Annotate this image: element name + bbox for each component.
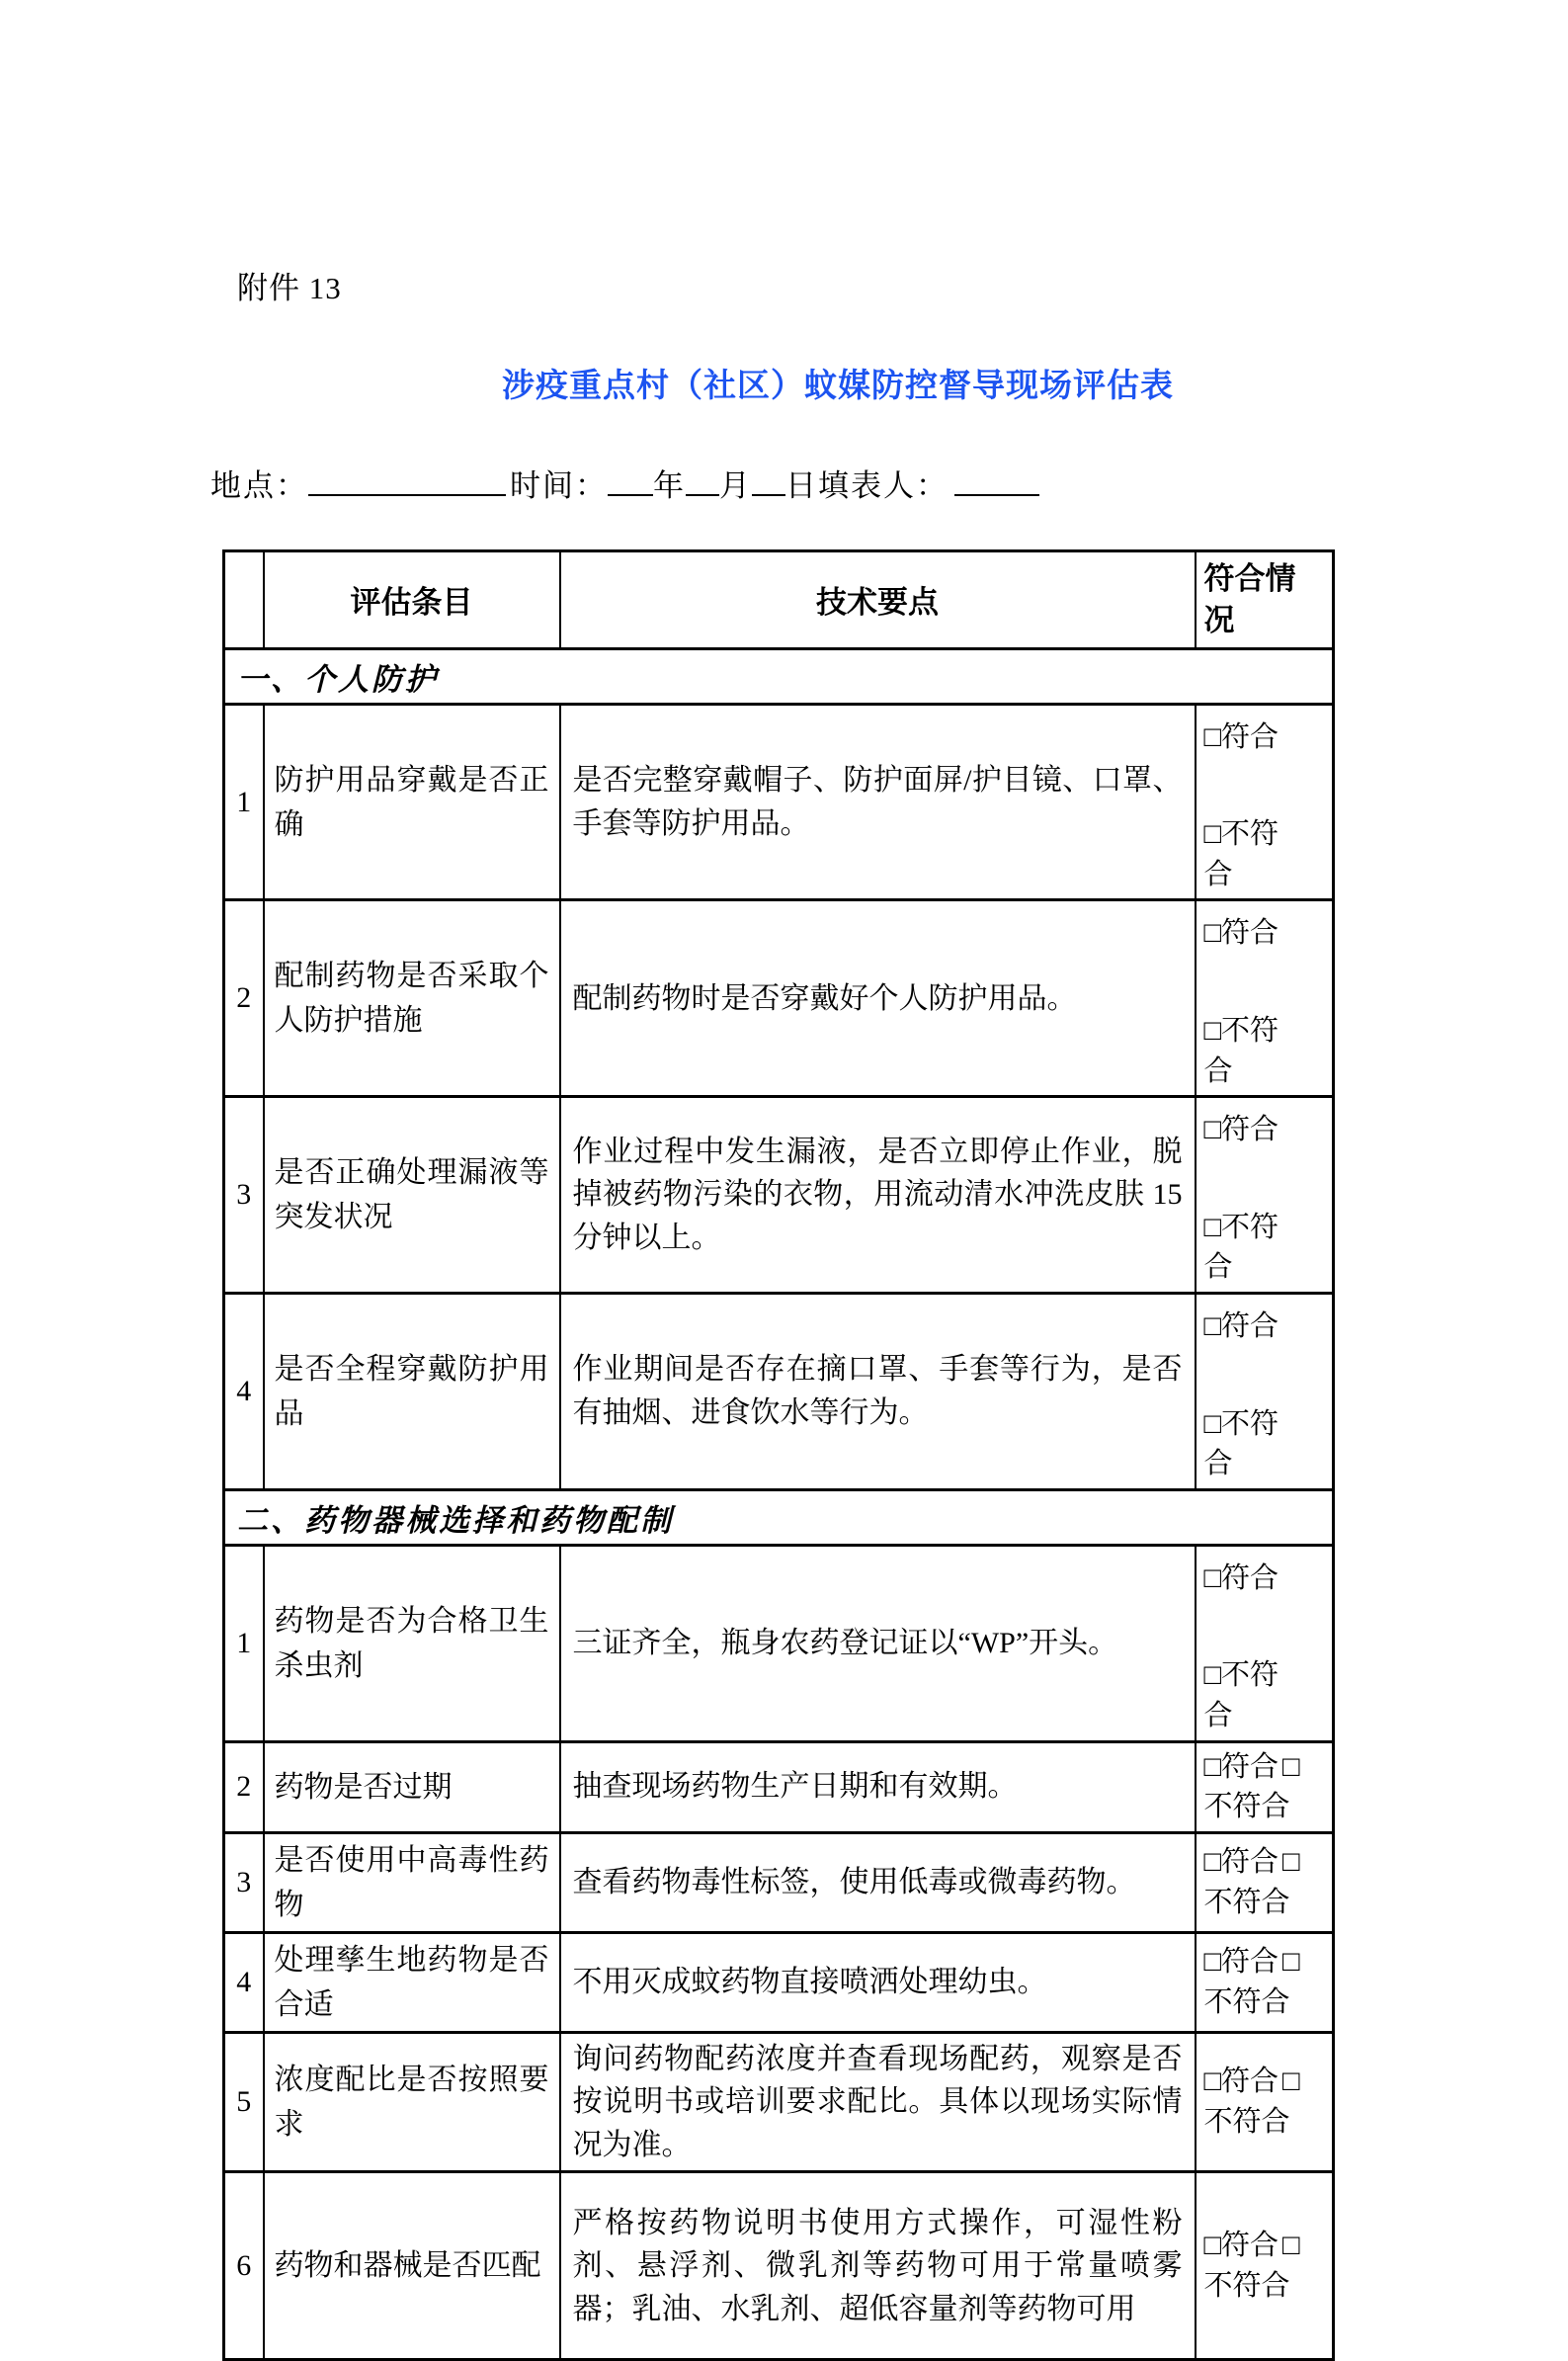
compliance-option-yes[interactable]: □符合 xyxy=(1204,1946,1279,1978)
compliance-cell: □符合 □不符合 xyxy=(1196,1294,1334,1490)
attachment-label: 附件 13 xyxy=(237,263,342,307)
row-number: 4 xyxy=(224,1932,264,2032)
evaluation-item: 药物是否为合格卫生杀虫剂 xyxy=(264,1545,560,1741)
compliance-option-yes[interactable]: □符合 xyxy=(1204,913,1329,954)
table-row: 2 药物是否过期 抽查现场药物生产日期和有效期。 □符合□不符合 xyxy=(224,1741,1334,1832)
table-row: 1 药物是否为合格卫生杀虫剂 三证齐全，瓶身农药登记证以“WP”开头。 □符合 … xyxy=(224,1545,1334,1741)
compliance-option-yes[interactable]: □符合 xyxy=(1204,1751,1279,1783)
evaluation-item: 配制药物是否采取个人防护措施 xyxy=(264,900,560,1097)
compliance-cell: □符合 □不符合 xyxy=(1196,1545,1334,1741)
row-number: 1 xyxy=(224,704,264,900)
header-evaluation-item: 评估条目 xyxy=(264,551,560,649)
technical-point: 不用灭成蚊药物直接喷洒处理幼虫。 xyxy=(560,1932,1196,2032)
technical-point: 是否完整穿戴帽子、防护面屏/护目镜、口罩、手套等防护用品。 xyxy=(560,704,1196,900)
compliance-cell: □符合□不符合 xyxy=(1196,2172,1334,2360)
row-number: 3 xyxy=(224,1097,264,1294)
evaluation-item: 药物是否过期 xyxy=(264,1741,560,1832)
technical-point: 配制药物时是否穿戴好个人防护用品。 xyxy=(560,900,1196,1097)
filler-blank[interactable] xyxy=(954,465,1039,496)
table-row: 3 是否使用中高毒性药物 查看药物毒性标签，使用低毒或微毒药物。 □符合□不符合 xyxy=(224,1832,1334,1932)
evaluation-item: 浓度配比是否按照要求 xyxy=(264,2032,560,2172)
table-row: 2 配制药物是否采取个人防护措施 配制药物时是否穿戴好个人防护用品。 □符合 □… xyxy=(224,900,1334,1097)
filler-label: 填表人： xyxy=(818,468,949,503)
table-row: 4 是否全程穿戴防护用品 作业期间是否存在摘口罩、手套等行为，是否有抽烟、进食饮… xyxy=(224,1294,1334,1490)
header-index xyxy=(224,551,264,649)
table-row: 1 防护用品穿戴是否正确 是否完整穿戴帽子、防护面屏/护目镜、口罩、手套等防护用… xyxy=(224,704,1334,900)
compliance-option-yes[interactable]: □符合 xyxy=(1204,1110,1329,1150)
page-title: 涉疫重点村（社区）蚊媒防控督导现场评估表 xyxy=(210,360,1357,406)
compliance-option-yes[interactable]: □符合 xyxy=(1204,1846,1279,1878)
day-label: 日 xyxy=(785,468,818,503)
row-number: 5 xyxy=(224,2032,264,2172)
row-number: 1 xyxy=(224,1545,264,1741)
technical-point: 作业期间是否存在摘口罩、手套等行为，是否有抽烟、进食饮水等行为。 xyxy=(560,1294,1196,1490)
row-number: 2 xyxy=(224,900,264,1097)
table-row: 5 浓度配比是否按照要求 询问药物配药浓度并查看现场配药，观察是否按说明书或培训… xyxy=(224,2032,1334,2172)
evaluation-item: 是否使用中高毒性药物 xyxy=(264,1832,560,1932)
day-blank[interactable] xyxy=(752,465,785,496)
year-blank[interactable] xyxy=(608,465,653,496)
compliance-cell: □符合 □不符合 xyxy=(1196,900,1334,1097)
technical-point: 三证齐全，瓶身农药登记证以“WP”开头。 xyxy=(560,1545,1196,1741)
location-blank[interactable] xyxy=(308,465,506,496)
compliance-option-yes[interactable]: □符合 xyxy=(1204,2066,1279,2097)
compliance-cell: □符合 □不符合 xyxy=(1196,704,1334,900)
compliance-cell: □符合□不符合 xyxy=(1196,2032,1334,2172)
compliance-cell: □符合□不符合 xyxy=(1196,1932,1334,2032)
form-meta-line: 地点：时间：年月日填表人： xyxy=(210,461,1039,505)
compliance-option-no[interactable]: □不符合 xyxy=(1204,1011,1303,1091)
row-number: 6 xyxy=(224,2172,264,2360)
compliance-option-no[interactable]: □不符合 xyxy=(1204,1404,1303,1484)
month-blank[interactable] xyxy=(686,465,719,496)
year-label: 年 xyxy=(653,468,686,503)
technical-point: 作业过程中发生漏液，是否立即停止作业，脱掉被药物污染的衣物，用流动清水冲洗皮肤 … xyxy=(560,1097,1196,1294)
compliance-cell: □符合□不符合 xyxy=(1196,1832,1334,1932)
section-row-personal-protection: 一、个人防护 xyxy=(224,648,1334,704)
evaluation-item: 处理孳生地药物是否合适 xyxy=(264,1932,560,2032)
compliance-option-yes[interactable]: □符合 xyxy=(1204,1559,1329,1599)
evaluation-item: 药物和器械是否匹配 xyxy=(264,2172,560,2360)
location-label: 地点： xyxy=(210,468,308,503)
section-title: 二、药物器械选择和药物配制 xyxy=(224,1489,1334,1545)
compliance-option-no[interactable]: □不符合 xyxy=(1204,1208,1303,1288)
technical-point: 严格按药物说明书使用方式操作，可湿性粉剂、悬浮剂、微乳剂等药物可用于常量喷雾器；… xyxy=(560,2172,1196,2360)
header-technical-points: 技术要点 xyxy=(560,551,1196,649)
evaluation-item: 是否正确处理漏液等突发状况 xyxy=(264,1097,560,1294)
row-number: 2 xyxy=(224,1741,264,1832)
section-title: 一、个人防护 xyxy=(224,648,1334,704)
table-row: 6 药物和器械是否匹配 严格按药物说明书使用方式操作，可湿性粉剂、悬浮剂、微乳剂… xyxy=(224,2172,1334,2360)
header-compliance: 符合情况 xyxy=(1196,551,1334,649)
evaluation-item: 是否全程穿戴防护用品 xyxy=(264,1294,560,1490)
month-label: 月 xyxy=(719,468,752,503)
compliance-option-no[interactable]: □不符合 xyxy=(1204,814,1303,894)
table-row: 3 是否正确处理漏液等突发状况 作业过程中发生漏液，是否立即停止作业，脱掉被药物… xyxy=(224,1097,1334,1294)
evaluation-table: 评估条目 技术要点 符合情况 一、个人防护 1 防护用品穿戴是否正确 是否完整穿… xyxy=(222,549,1335,2361)
compliance-option-no[interactable]: □不符合 xyxy=(1204,1655,1303,1735)
section-row-drug-equipment: 二、药物器械选择和药物配制 xyxy=(224,1489,1334,1545)
technical-point: 抽查现场药物生产日期和有效期。 xyxy=(560,1741,1196,1832)
row-number: 3 xyxy=(224,1832,264,1932)
compliance-option-yes[interactable]: □符合 xyxy=(1204,2230,1279,2261)
compliance-option-yes[interactable]: □符合 xyxy=(1204,717,1329,758)
table-row: 4 处理孳生地药物是否合适 不用灭成蚊药物直接喷洒处理幼虫。 □符合□不符合 xyxy=(224,1932,1334,2032)
row-number: 4 xyxy=(224,1294,264,1490)
compliance-cell: □符合□不符合 xyxy=(1196,1741,1334,1832)
evaluation-item: 防护用品穿戴是否正确 xyxy=(264,704,560,900)
technical-point: 查看药物毒性标签，使用低毒或微毒药物。 xyxy=(560,1832,1196,1932)
header-row: 评估条目 技术要点 符合情况 xyxy=(224,551,1334,649)
compliance-cell: □符合 □不符合 xyxy=(1196,1097,1334,1294)
compliance-option-yes[interactable]: □符合 xyxy=(1204,1307,1329,1347)
technical-point: 询问药物配药浓度并查看现场配药，观察是否按说明书或培训要求配比。具体以现场实际情… xyxy=(560,2032,1196,2172)
time-label: 时间： xyxy=(510,468,608,503)
